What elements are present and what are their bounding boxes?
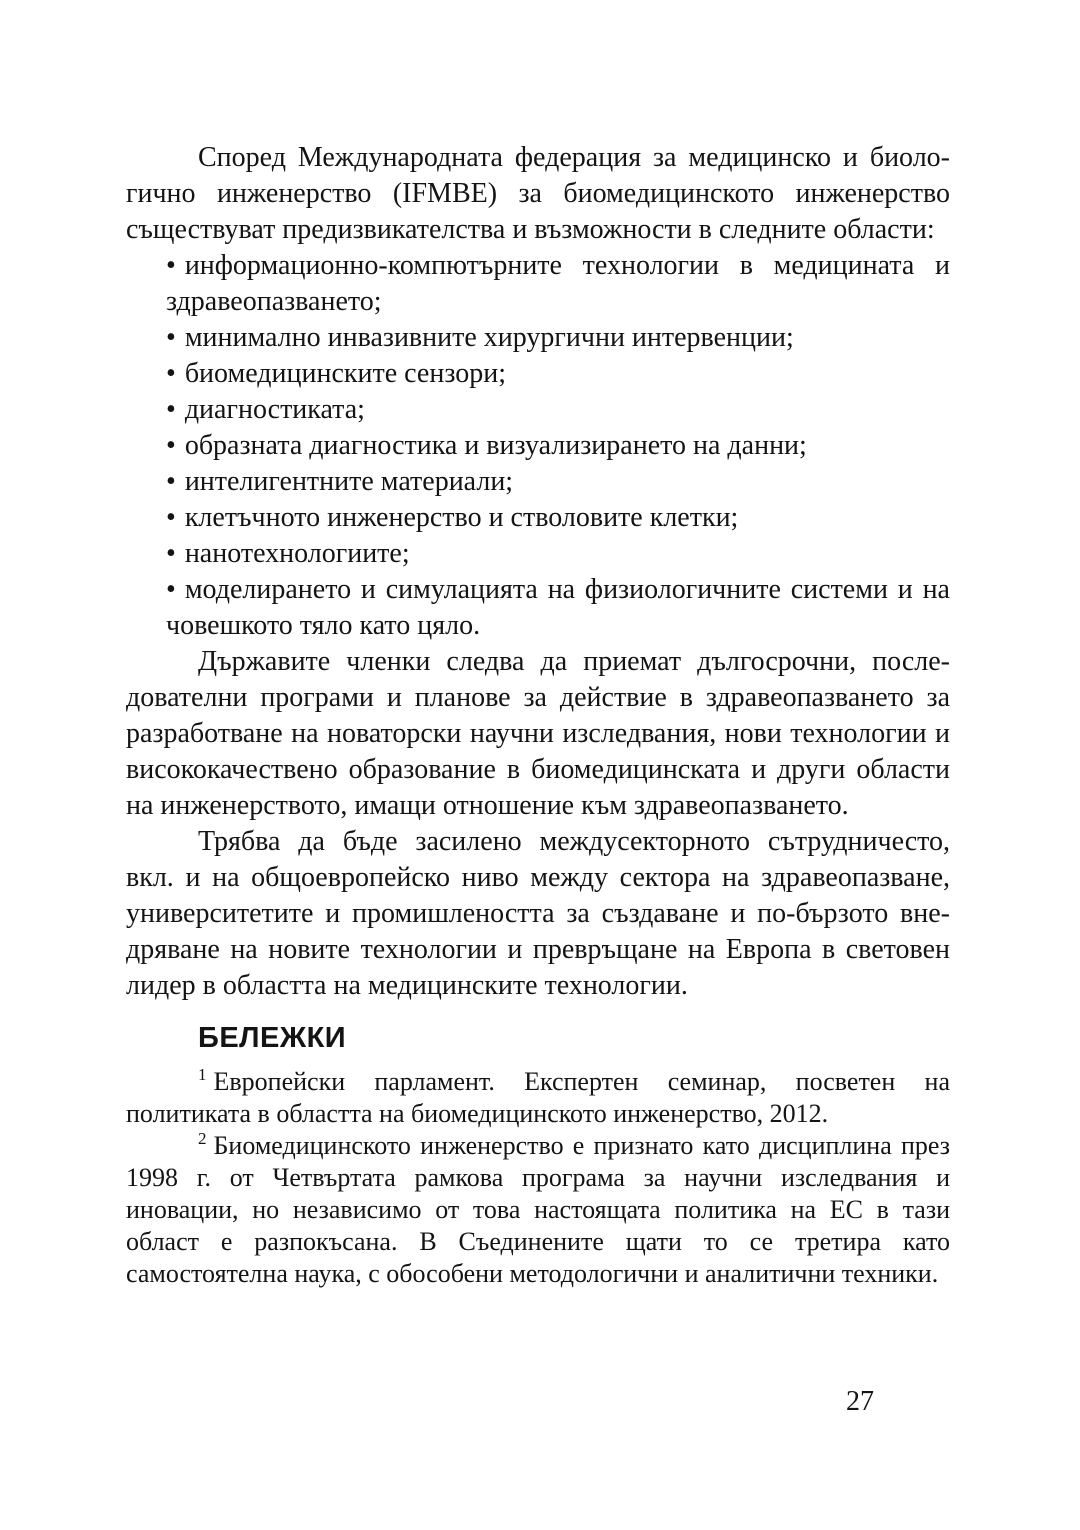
- footnote-text: Биомедицинското инженерство е признато к…: [126, 1131, 950, 1288]
- footnote-text: Европейски парламент. Експертен семинар,…: [126, 1067, 950, 1128]
- list-item-text: моделирането и симулацията на физиологич…: [166, 574, 950, 641]
- bullet-icon: •: [166, 572, 176, 608]
- list-item: •интелигентните материали;: [166, 464, 950, 500]
- bullet-icon: •: [166, 464, 176, 500]
- list-item: •минимално инвазивните хирургични интерв…: [166, 320, 950, 356]
- list-item: •образната диагностика и визуализирането…: [166, 428, 950, 464]
- list-item-text: информационно-компютърните технологии в …: [166, 250, 950, 317]
- bullet-icon: •: [166, 248, 176, 284]
- bullet-icon: •: [166, 320, 176, 356]
- list-item-text: диагностиката;: [185, 394, 365, 425]
- list-item: •моделирането и симулацията на физиологи…: [166, 572, 950, 644]
- footnote-marker: 1: [198, 1065, 207, 1084]
- list-item: •биомедицинските сензори;: [166, 356, 950, 392]
- paragraph-intro: Според Международната федерация за медиц…: [126, 140, 950, 248]
- list-item-text: клетъчното инженерство и стволовите клет…: [185, 502, 739, 533]
- list-item-text: интелигентните материали;: [185, 466, 513, 497]
- bullet-icon: •: [166, 428, 176, 464]
- page-content: Според Международната федерация за медиц…: [126, 140, 950, 1290]
- list-item: •диагностиката;: [166, 392, 950, 428]
- list-item-text: образната диагностика и визуализирането …: [185, 430, 807, 461]
- footnote-1: 1Европейски парламент. Експертен семинар…: [126, 1066, 950, 1130]
- list-item: •клетъчното инженерство и стволовите кле…: [166, 500, 950, 536]
- bullet-icon: •: [166, 356, 176, 392]
- list-item: •нанотехнологиите;: [166, 536, 950, 572]
- list-item: •информационно-компютърните технологии в…: [166, 248, 950, 320]
- list-item-text: нанотехнологиите;: [185, 538, 410, 569]
- bullet-list: •информационно-компютърните технологии в…: [126, 248, 950, 644]
- paragraph-member-states: Държавите членки следва да приемат дълго…: [126, 644, 950, 824]
- page-number: 27: [846, 1384, 874, 1420]
- book-page: Според Международната федерация за медиц…: [0, 0, 1080, 1530]
- footnote-marker: 2: [198, 1129, 207, 1148]
- notes-heading: БЕЛЕЖКИ: [198, 1020, 950, 1056]
- bullet-icon: •: [166, 536, 176, 572]
- list-item-text: биомедицинските сензори;: [185, 358, 506, 389]
- bullet-icon: •: [166, 392, 176, 428]
- paragraph-cooperation: Трябва да бъде засилено междусекторното …: [126, 824, 950, 1004]
- list-item-text: минимално инвазивните хирургични интерве…: [185, 322, 794, 353]
- footnote-2: 2Биомедицинското инженерство е признато …: [126, 1130, 950, 1290]
- bullet-icon: •: [166, 500, 176, 536]
